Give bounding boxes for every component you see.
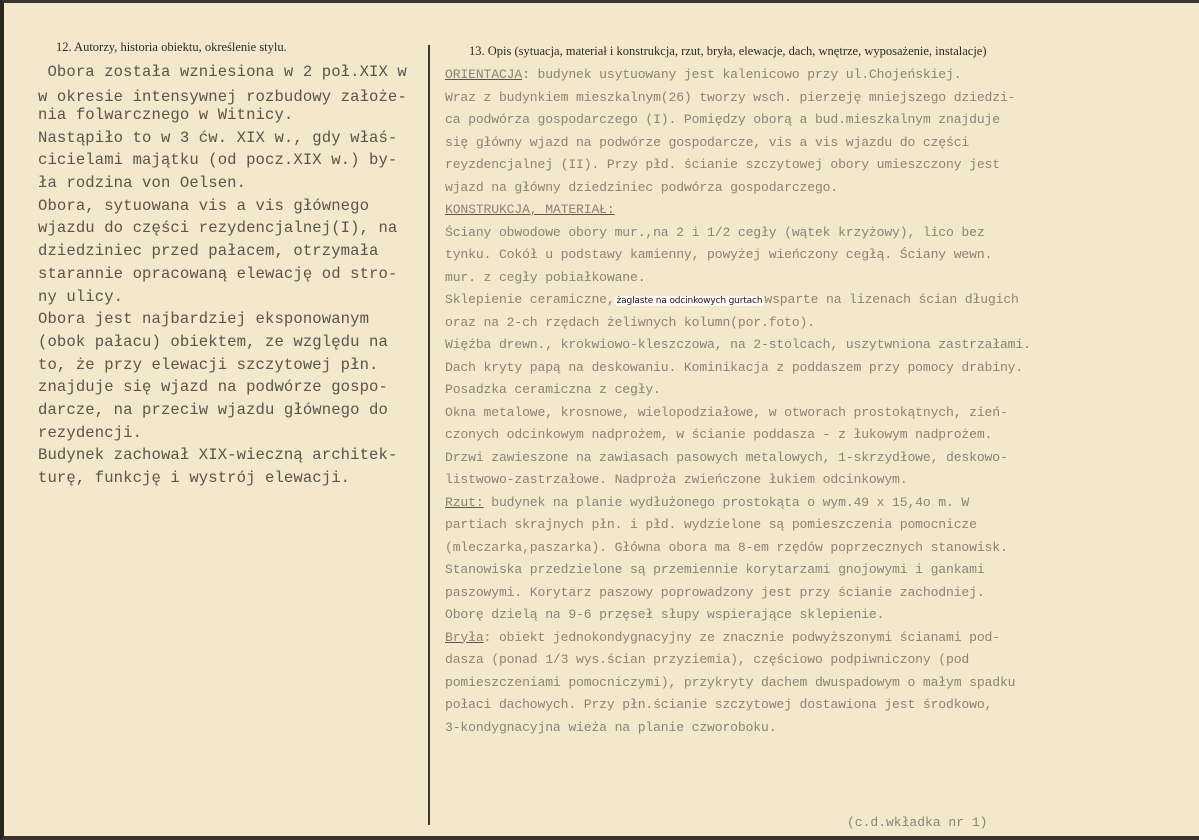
text-line: tynku. Cokół u podstawy kamienny, powyże…: [445, 244, 1105, 267]
text-line: wjazdu do części rezydencjalnej(I), na: [38, 217, 438, 240]
text-line: Oborę dzielą na 9-6 przęseł słupy wspier…: [445, 604, 1105, 627]
text-line: dasza (ponad 1/3 wys.ścian przyziemia), …: [445, 649, 1105, 672]
text-line: Posadzka ceramiczna z cegły.: [445, 379, 1105, 402]
text-fragment: wsparte na lizenach ścian długich: [764, 292, 1018, 307]
column-divider: [428, 45, 430, 825]
text-line: wjazd na główny dziedziniec podwórza gos…: [445, 177, 1105, 200]
text-line: Więźba drewn., krokwiowo-kleszczowa, na …: [445, 334, 1105, 357]
konstrukcja-label: KONSTRUKCJA, MATERIAŁ:: [445, 202, 615, 217]
text-line: czonych odcinkowym nadprożem, w ścianie …: [445, 424, 1105, 447]
section-12-text: Obora została wzniesiona w 2 poł.XIX w w…: [38, 61, 438, 490]
text-line: Wraz z budynkiem mieszkalnym(26) tworzy …: [445, 87, 1105, 110]
text-line: w okresie intensywnej rozbudowy założe-: [38, 88, 438, 106]
text-line: Obora została wzniesiona w 2 poł.XIX w: [38, 61, 438, 84]
continuation-note: (c.d.wkładka nr 1): [847, 815, 987, 830]
text-line: Okna metalowe, krosnowe, wielopodziałowe…: [445, 402, 1105, 425]
rzut-label: Rzut:: [445, 495, 484, 510]
handwritten-correction: żaglaste na odcinkowych gurtach: [615, 296, 765, 306]
text-line: cicielami majątku (od pocz.XIX w.) by-: [38, 149, 438, 172]
text-line: połaci dachowych. Przy płn.ścianie szczy…: [445, 694, 1105, 717]
text-line: darcze, na przeciw wjazdu głównego do: [38, 399, 438, 422]
bryla-label: Bryła: [445, 630, 484, 645]
text-line: : obiekt jednokondygnacyjny ze znacznie …: [484, 630, 1000, 645]
text-line: budynek na planie wydłużonego prostokąta…: [484, 495, 970, 510]
document-sheet: 12. Autorzy, historia obiektu, określeni…: [0, 0, 1199, 840]
text-line: : budynek usytuowany jest kalenicowo prz…: [522, 67, 961, 82]
text-line: rezydencji.: [38, 422, 438, 445]
text-line: listwowo-zastrzałowe. Nadproża zwieńczon…: [445, 469, 1105, 492]
orientacja-label: ORIENTACJA: [445, 67, 522, 82]
text-line: Obora jest najbardziej eksponowanym: [38, 308, 438, 331]
text-line: turę, funkcję i wystrój elewacji.: [38, 467, 438, 490]
text-line: paszowymi. Korytarz paszowy poprowadzony…: [445, 582, 1105, 605]
text-line: dziedziniec przed pałacem, otrzymała: [38, 240, 438, 263]
text-line: (mleczarka,paszarka). Główna obora ma 8-…: [445, 537, 1105, 560]
text-line: się główny wjazd na podwórze gospodarcze…: [445, 132, 1105, 155]
section-13-text: ORIENTACJA: budynek usytuowany jest kale…: [445, 64, 1105, 739]
text-line: ca podwórza gospodarczego (I). Pomiędzy …: [445, 109, 1105, 132]
text-line: (obok pałacu) obiektem, ze względu na: [38, 331, 438, 354]
text-line: znajduje się wjazd na podwórze gospo-: [38, 376, 438, 399]
text-line: partiach skrajnych płn. i płd. wydzielon…: [445, 514, 1105, 537]
text-line: nia folwarcznego w Witnicy.: [38, 106, 438, 124]
text-line: Stanowiska przedzielone są przemiennie k…: [445, 559, 1105, 582]
text-line: ny ulicy.: [38, 286, 438, 309]
text-line: ła rodzina von Oelsen.: [38, 172, 438, 195]
text-line: pomieszczeniami pomocniczymi), przykryty…: [445, 672, 1105, 695]
text-line: Obora, sytuowana vis a vis głównego: [38, 195, 438, 218]
text-line: Dach kryty papą na deskowaniu. Kominikac…: [445, 357, 1105, 380]
text-line: oraz na 2-ch rzędach żeliwnych kolumn(po…: [445, 312, 1105, 335]
section-12-heading: 12. Autorzy, historia obiektu, określeni…: [56, 40, 287, 55]
text-line: starannie opracowaną elewację od stro-: [38, 263, 438, 286]
text-line: 3-kondygnacyjna wieża na planie czworobo…: [445, 717, 1105, 740]
section-13-heading: 13. Opis (sytuacja, materiał i konstrukc…: [469, 44, 987, 59]
text-line: reyzdencjalnej (II). Przy płd. ścianie s…: [445, 154, 1105, 177]
text-line: Nastąpiło to w 3 ćw. XIX w., gdy właś-: [38, 127, 438, 150]
text-line: mur. z cegły pobiałkowane.: [445, 267, 1105, 290]
text-fragment: Sklepienie ceramiczne,: [445, 292, 615, 307]
text-line: Budynek zachował XIX-wieczną architek-: [38, 444, 438, 467]
text-line: to, że przy elewacji szczytowej płn.: [38, 354, 438, 377]
text-line: Ściany obwodowe obory mur.,na 2 i 1/2 ce…: [445, 222, 1105, 245]
text-line: Drzwi zawieszone na zawiasach pasowych m…: [445, 447, 1105, 470]
